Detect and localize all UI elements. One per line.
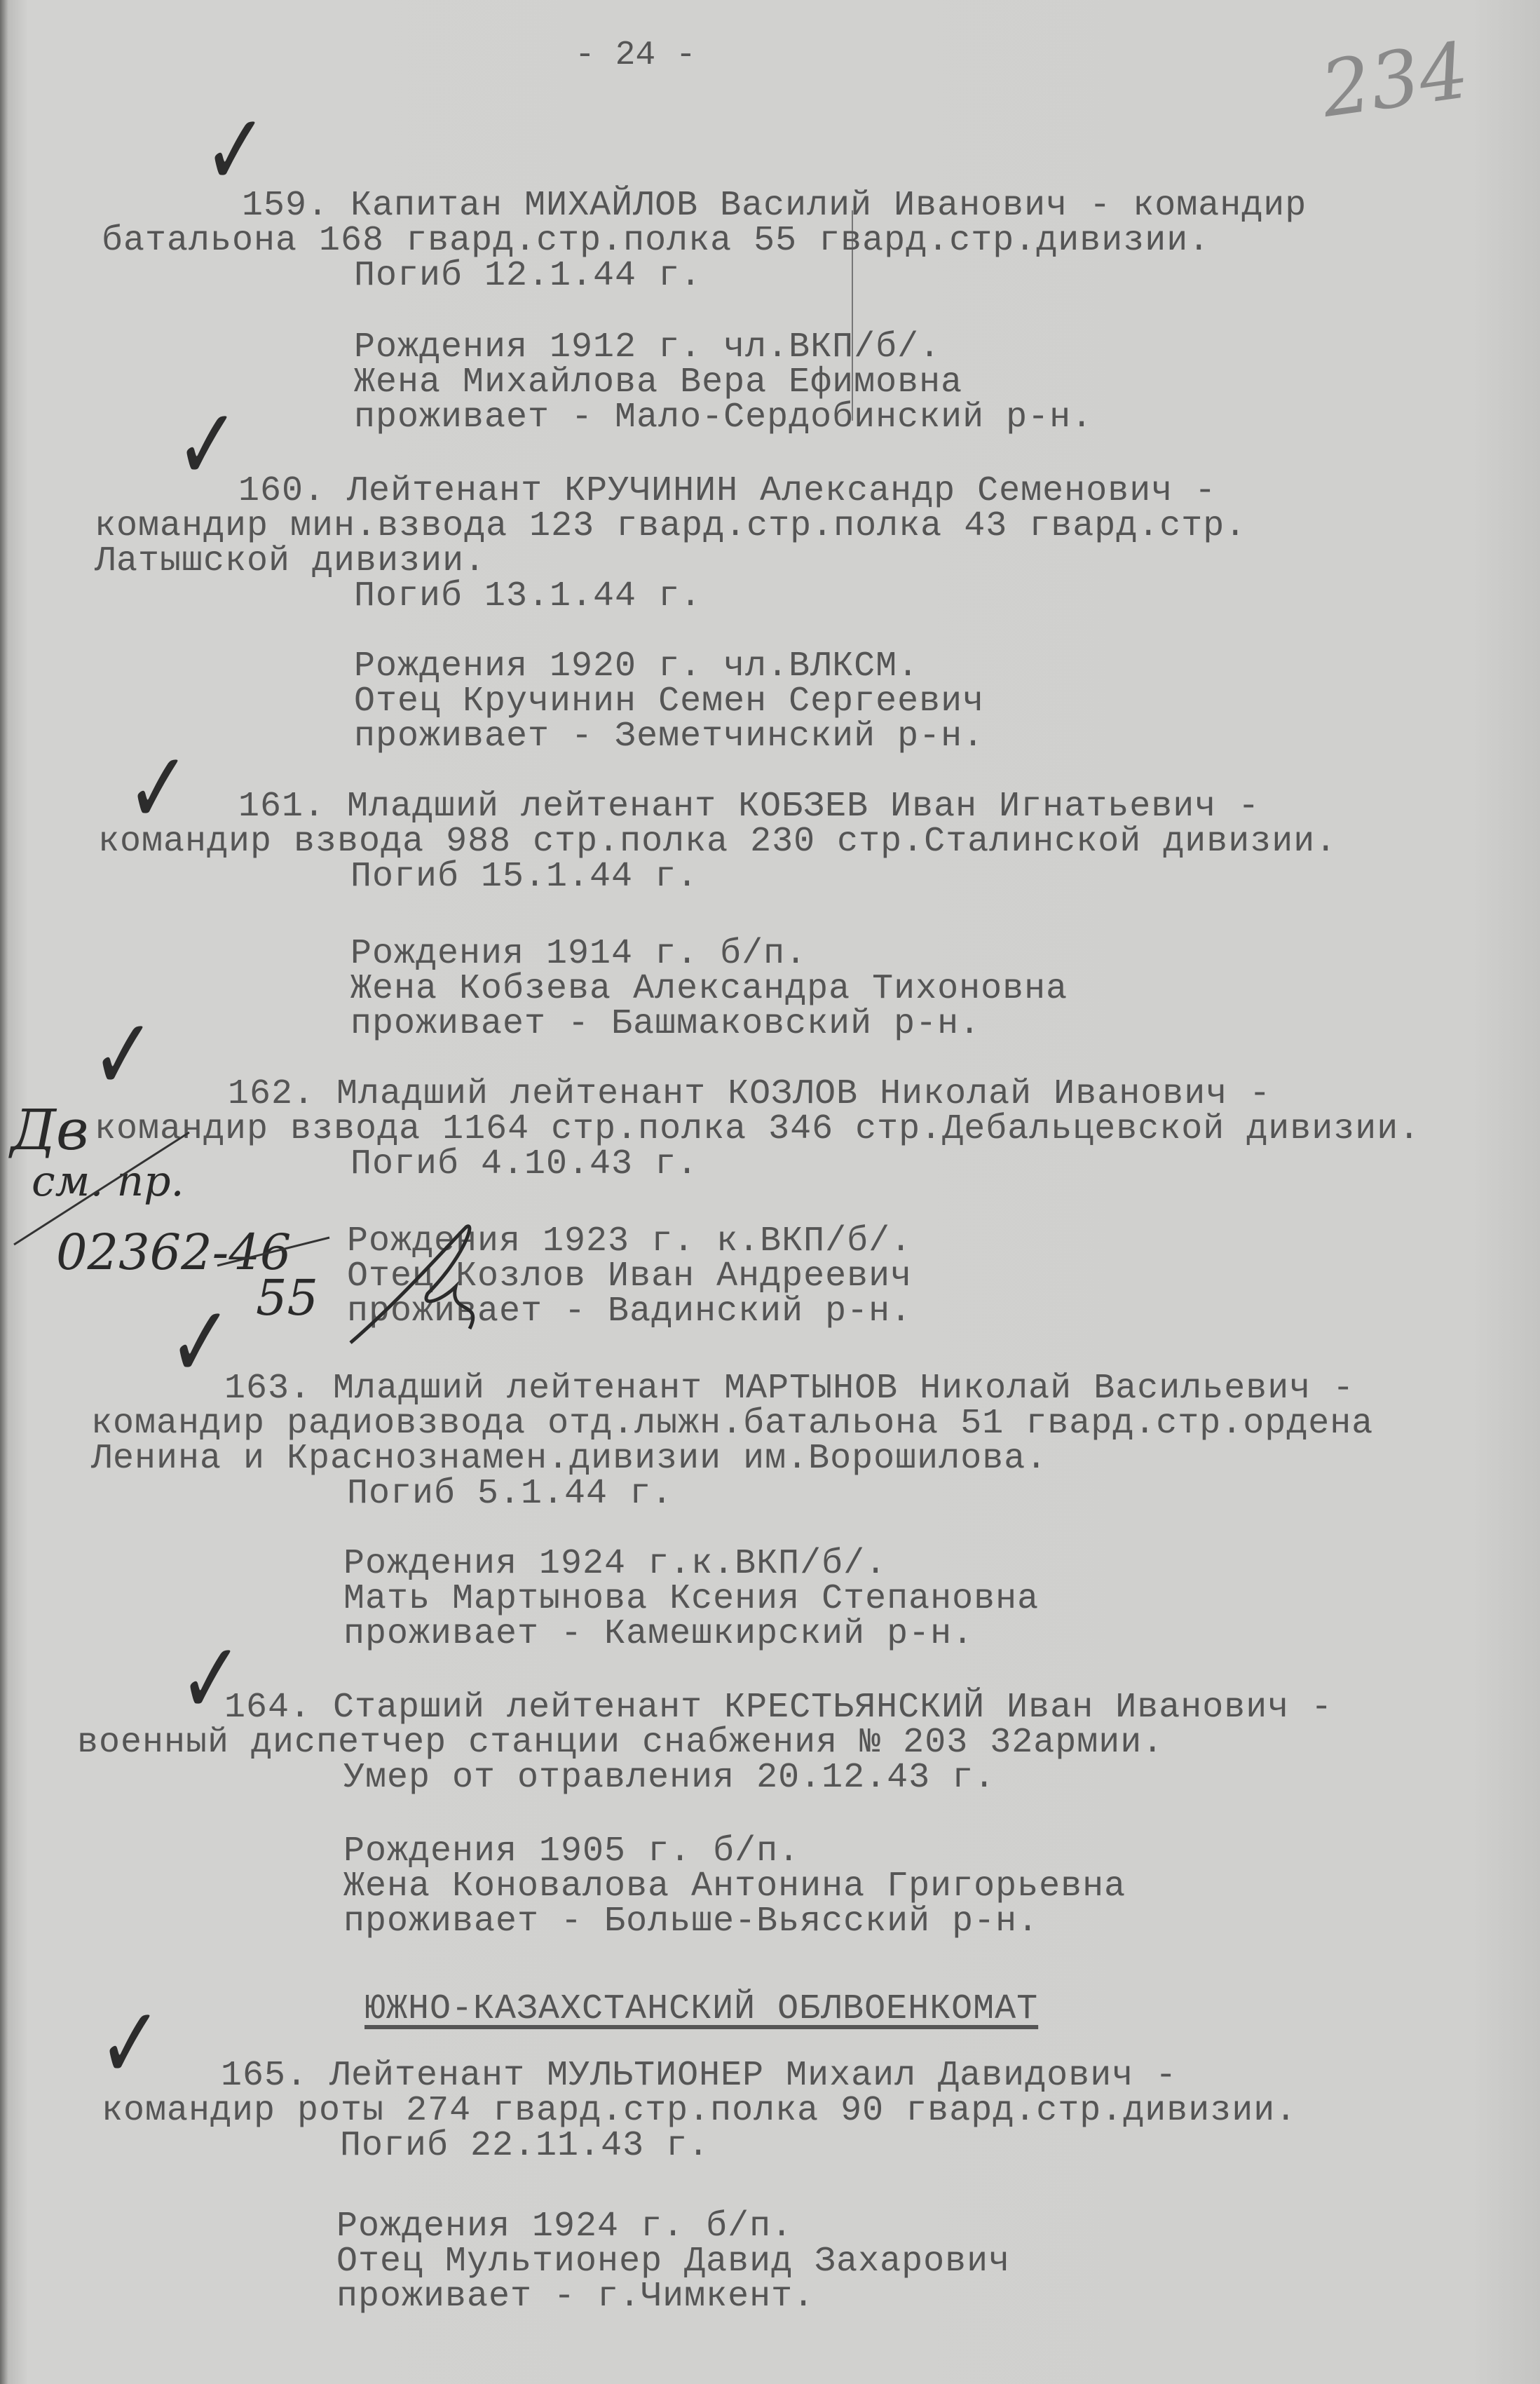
- entry-detail: проживает - Камешкирский р-н.: [343, 1616, 974, 1653]
- handwritten-folio-number: 234: [1316, 25, 1474, 135]
- entry-line: Латышской дивизии.: [95, 543, 486, 580]
- document-page: - 24 - 234 ✓ 159. Капитан МИХАЙЛОВ Васил…: [0, 0, 1540, 2384]
- entry-line: командир радиовзвода отд.лыжн.батальона …: [91, 1406, 1373, 1442]
- entry-detail: Рождения 1912 г. чл.ВКП/б/.: [354, 330, 941, 366]
- entry-detail: проживает - г.Чимкент.: [336, 2279, 815, 2315]
- margin-strike-lines: [7, 1104, 343, 1280]
- entry-line: Умер от отравления 20.12.43 г.: [343, 1760, 995, 1796]
- entry-detail: проживает - Больше-Вьясский р-н.: [343, 1904, 1039, 1940]
- entry-line: командир мин.взвода 123 гвард.стр.полка …: [95, 508, 1246, 545]
- check-mark-icon: ✓: [168, 1284, 233, 1400]
- entry-line: Погиб 22.11.43 г.: [340, 2128, 709, 2165]
- section-heading: ЮЖНО-КАЗАХСТАНСКИЙ ОБЛВОЕНКОМАТ: [364, 1991, 1038, 2028]
- entry-detail: Жена Кобзева Александра Тихоновна: [350, 971, 1068, 1008]
- entry-line: 163. Младший лейтенант МАРТЫНОВ Николай …: [224, 1371, 1354, 1407]
- check-mark-icon: ✓: [91, 996, 156, 1113]
- entry-detail: Отец Мультионер Давид Захарович: [336, 2244, 1010, 2280]
- entry-detail: Жена Михайлова Вера Ефимовна: [354, 365, 962, 401]
- entry-line: Погиб 13.1.44 г.: [354, 578, 702, 615]
- entry-line: Погиб 4.10.43 г.: [350, 1146, 698, 1183]
- entry-detail: Рождения 1924 г. б/п.: [336, 2209, 793, 2245]
- entry-detail: Жена Коновалова Антонина Григорьевна: [343, 1869, 1126, 1905]
- check-mark-icon: ✓: [98, 1985, 163, 2101]
- entry-line: Ленина и Краснознамен.дивизии им.Ворошил…: [91, 1441, 1047, 1477]
- entry-detail: Рождения 1924 г.к.ВКП/б/.: [343, 1546, 887, 1583]
- entry-line: 159. Капитан МИХАЙЛОВ Василий Иванович -…: [242, 188, 1307, 224]
- entry-detail: проживает - Мало-Сердобинский р-н.: [354, 400, 1093, 436]
- entry-detail: Мать Мартынова Ксения Степановна: [343, 1581, 1039, 1618]
- entry-line: военный диспетчер станции снабжения № 20…: [77, 1725, 1164, 1761]
- entry-line: Погиб 15.1.44 г.: [350, 859, 698, 895]
- entry-detail: Рождения 1914 г. б/п.: [350, 936, 807, 973]
- entry-line: батальона 168 гвард.стр.полка 55 гвард.с…: [102, 223, 1210, 259]
- entry-detail: проживает - Земетчинский р-н.: [354, 719, 984, 755]
- entry-line: 162. Младший лейтенант КОЗЛОВ Николай Ив…: [228, 1076, 1271, 1113]
- check-mark-icon: ✓: [175, 386, 240, 503]
- entry-line: 160. Лейтенант КРУЧИНИН Александр Семено…: [238, 473, 1216, 510]
- signature-scribble: [343, 1217, 512, 1357]
- entry-line: 161. Младший лейтенант КОБЗЕВ Иван Игнат…: [238, 789, 1260, 825]
- typed-page-number: - 24 -: [575, 36, 696, 74]
- entry-line: 164. Старший лейтенант КРЕСТЬЯНСКИЙ Иван…: [224, 1690, 1333, 1726]
- entry-line: командир взвода 988 стр.полка 230 стр.Ст…: [98, 824, 1337, 860]
- entry-detail: Рождения 1920 г. чл.ВЛКСМ.: [354, 649, 919, 685]
- entry-detail: проживает - Башмаковский р-н.: [350, 1006, 981, 1043]
- entry-line: 165. Лейтенант МУЛЬТИОНЕР Михаил Давидов…: [221, 2058, 1177, 2094]
- entry-line: Погиб 5.1.44 г.: [347, 1476, 673, 1512]
- entry-detail: Отец Кручинин Семен Сергеевич: [354, 684, 984, 720]
- entry-line: командир роты 274 гвард.стр.полка 90 гва…: [102, 2093, 1297, 2129]
- entry-line: Погиб 12.1.44 г.: [354, 258, 702, 294]
- entry-detail: Рождения 1905 г. б/п.: [343, 1834, 800, 1870]
